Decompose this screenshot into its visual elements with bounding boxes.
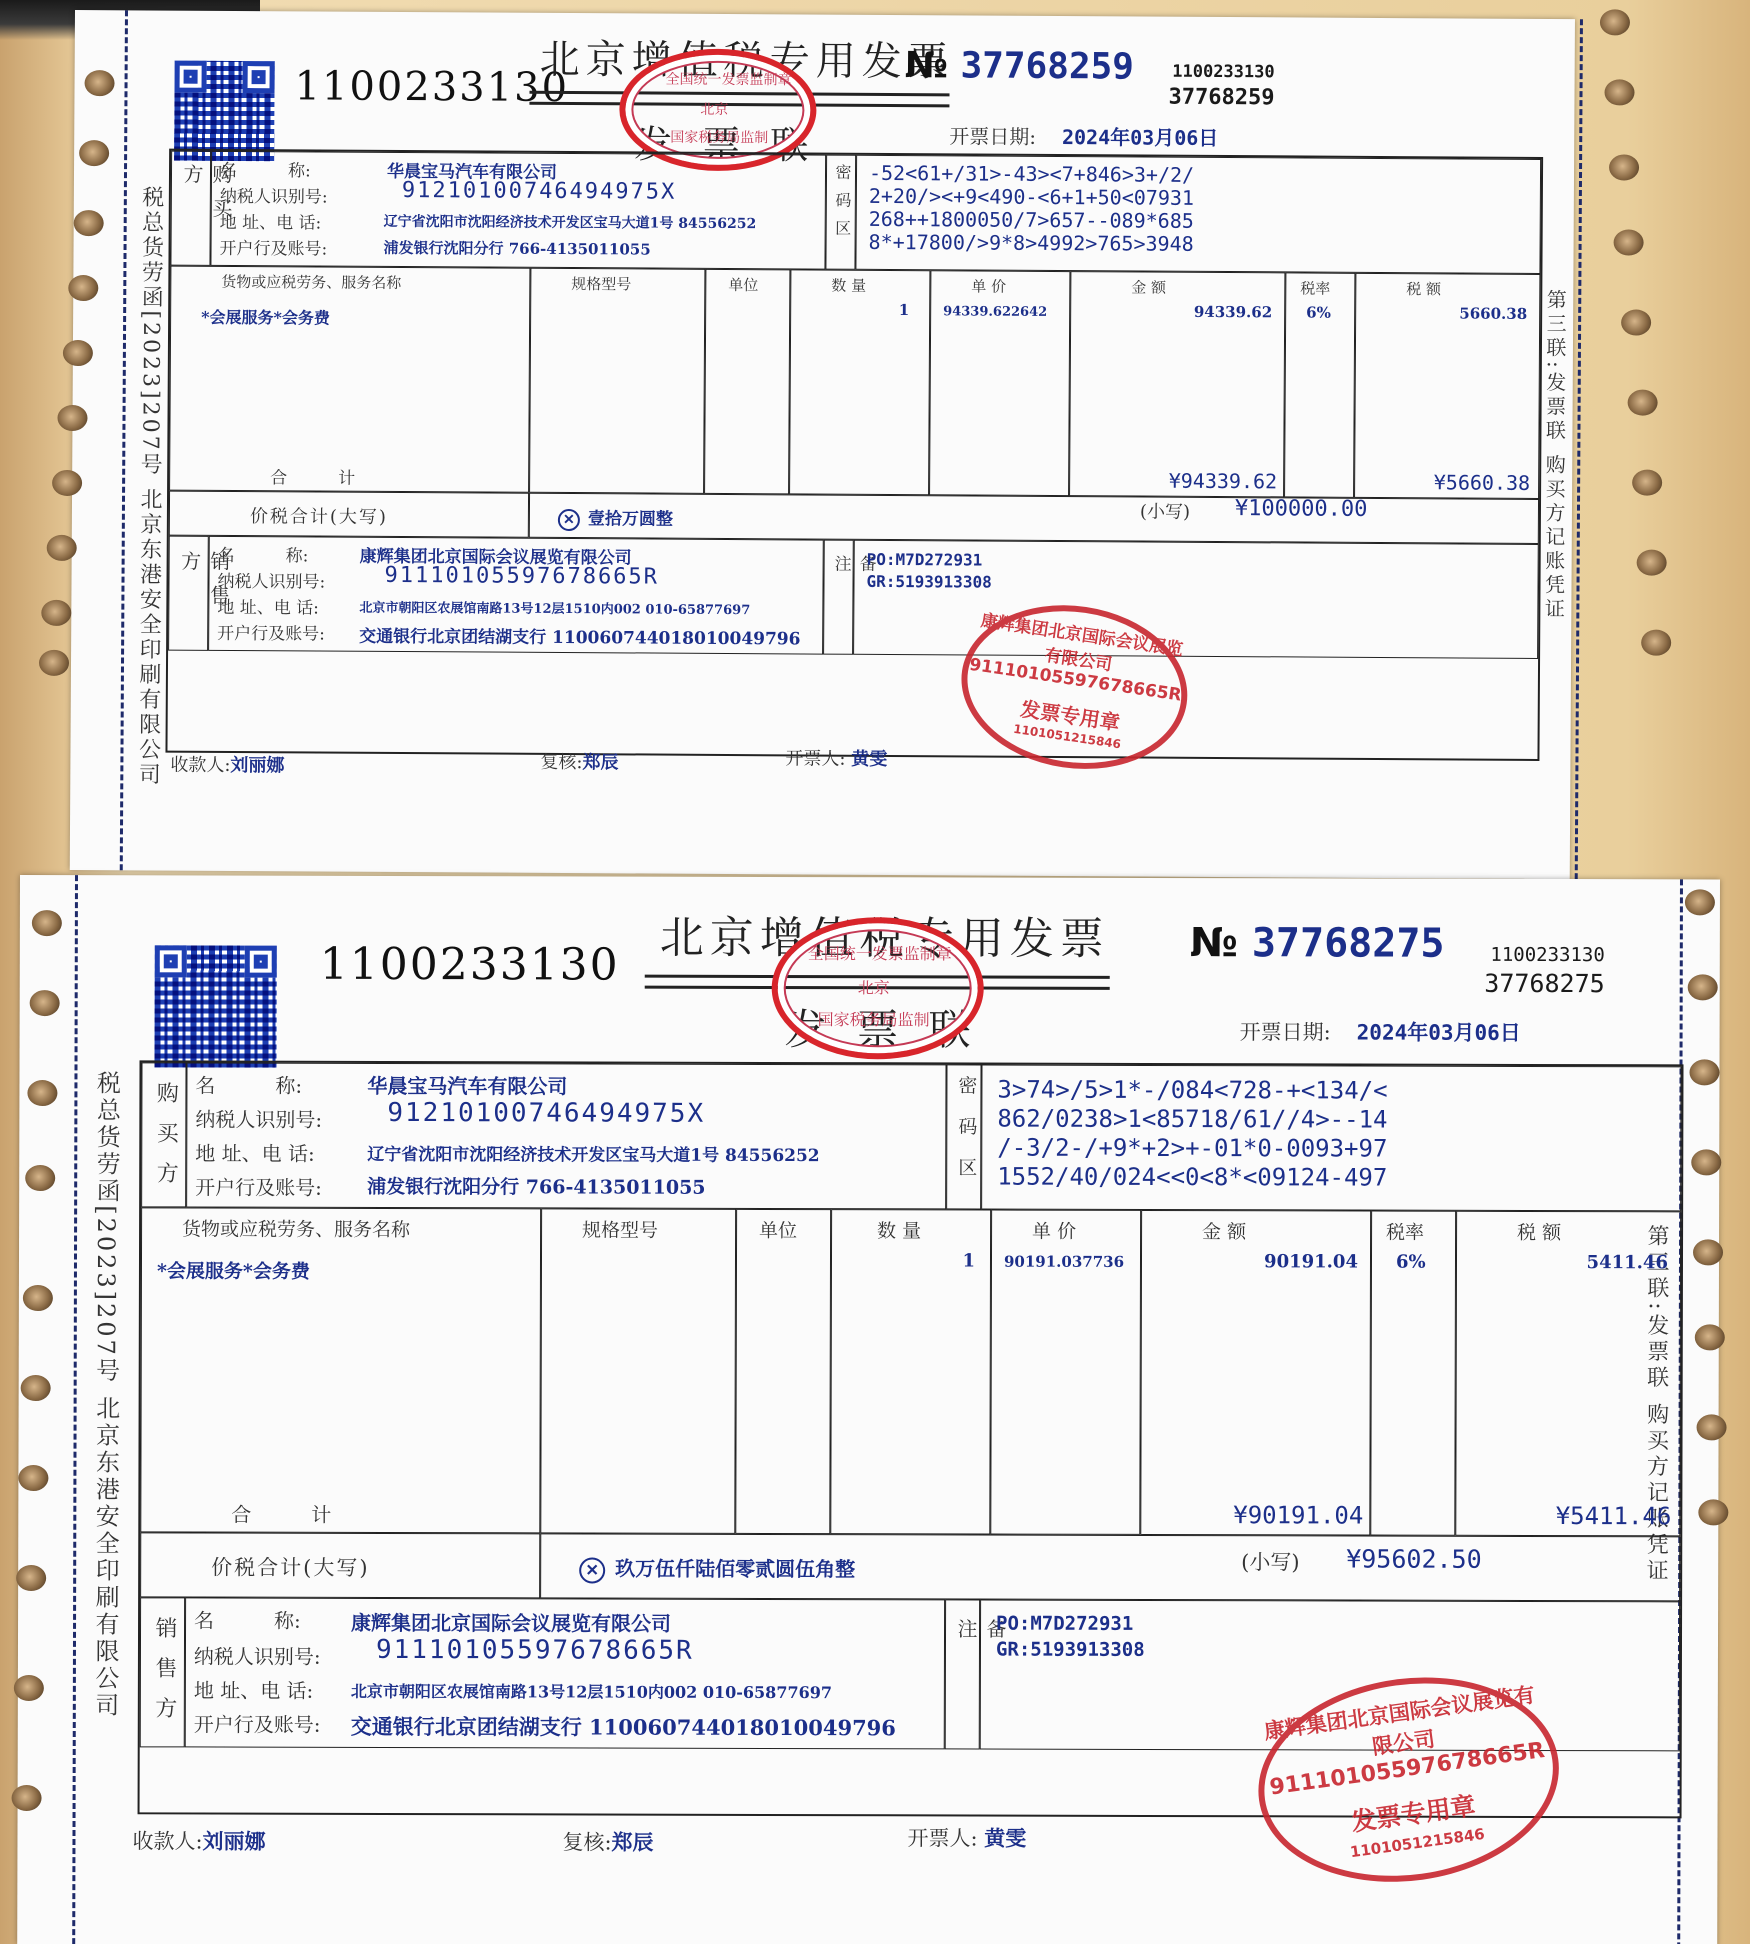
tractor-hole [30,990,60,1016]
tractor-hole [32,910,62,936]
tractor-hole [41,600,71,626]
payee: 收款人:刘丽娜 [132,1825,265,1855]
remarks-area: PO:M7D272931 GR:5193913308 [853,540,1539,659]
item-amount: 94339.62 [1194,303,1272,321]
invoice-grid: 购买方 名 称: 华晨宝马汽车有限公司 纳税人识别号: 912101007464… [165,149,1543,761]
cipher-label: 密码区 [825,155,856,270]
col-unit-price: 单 价 94339.622642 [929,270,1070,496]
buyer-name: 华晨宝马汽车有限公司 [367,1070,567,1100]
remarks-text: PO:M7D272931 GR:5193913308 [866,549,992,594]
tractor-hole [1698,1499,1728,1525]
tractor-hole [1641,630,1671,656]
tractor-hole [1609,154,1639,180]
tractor-hole [68,275,98,301]
item-qty: 1 [899,301,910,319]
invoice-code: 1100233130 [320,939,620,991]
invoice-sheet-2: 税总货劳函[2023]207号 北京东港安全印刷有限公司 第三联:发票联 购买方… [17,875,1720,1944]
tractor-hole [39,650,69,676]
seller-name: 康辉集团北京国际会议展览有限公司 [351,1607,671,1637]
reviewer: 复核:郑辰 [540,748,618,774]
col-qty: 数 量 1 [830,1209,991,1534]
tractor-hole [1693,1239,1723,1265]
tractor-hole [1628,389,1658,415]
tractor-hole [1604,79,1634,105]
seller-info: 名 称: 康辉集团北京国际会议展览有限公司 纳税人识别号: 9111010559… [208,536,824,655]
seller-bank: 交通银行北京团结湖支行 110060744018010049796 [351,1711,896,1742]
item-name: *会展服务*会务费 [157,1256,310,1283]
crossed-circle-icon: ✕ [579,1557,605,1583]
item-unit-price: 94339.622642 [943,304,1047,320]
tractor-hole [1637,550,1667,576]
issuer: 开票人: 黄雯 [907,1822,1026,1852]
grand-total-amount: ¥95602.50 [1346,1544,1482,1573]
qr-code [174,61,275,162]
grand-total-words: ✕壹拾万圆整 [558,504,673,532]
tractor-hole [1691,1149,1721,1175]
invoice-code: 1100233130 [294,63,569,111]
cipher-lines: -52<61+/31>-43><7+846>3+/2/ 2+20/><+9<49… [869,162,1195,256]
buyer-section: 购买方 [141,1062,186,1207]
item-unit-price: 90191.037736 [1004,1253,1124,1271]
tractor-hole [1685,889,1715,915]
item-tax: 5660.38 [1459,304,1527,322]
col-spec: 规格型号 [529,268,705,494]
col-tax: 税 额 5660.38 ¥5660.38 [1354,273,1540,499]
tractor-hole [18,1465,48,1491]
buyer-tax-id: 91210100746494975X [387,1098,705,1129]
item-name: *会展服务*会务费 [201,305,330,329]
col-rate: 税率 6% [1370,1211,1456,1536]
total-tax: ¥5411.46 [1556,1502,1672,1530]
printer-margin-text: 税总货劳函[2023]207号 北京东港安全印刷有限公司 [132,185,167,787]
seller-tax-id: 91110105597678665R [384,563,659,590]
col-rate: 税率 6% [1284,272,1355,497]
total-amount: ¥90191.04 [1233,1501,1363,1529]
buyer-info: 名 称: 华晨宝马汽车有限公司 纳税人识别号: 9121010074649497… [210,151,826,270]
remarks-label: 备注 [823,540,854,655]
item-amount: 90191.04 [1264,1251,1358,1272]
col-name: 货物或应税劳务、服务名称 *会展服务*会务费 合 计 [169,266,530,493]
col-qty: 数 量 1 [789,269,930,495]
perforation-right [1575,19,1583,879]
corner-code: 1100233130 [1420,944,1605,966]
invoice-number: № 37768275 [1190,920,1445,967]
tractor-hole [1600,9,1630,35]
grand-total-label-cell: 价税合计(大写) [169,491,529,538]
grand-total-label-cell: 价税合计(大写) [140,1532,540,1598]
tractor-hole [25,1165,55,1191]
tractor-hole [47,535,77,561]
seller-info: 名 称: 康辉集团北京国际会议展览有限公司 纳税人识别号: 9111010559… [185,1597,945,1749]
col-name: 货物或应税劳务、服务名称 *会展服务*会务费 合 计 [140,1207,541,1533]
seller-section: 销售方 [140,1597,185,1747]
tractor-hole [1688,974,1718,1000]
tractor-hole [1632,470,1662,496]
reviewer: 复核:郑辰 [562,1826,653,1856]
cipher-area: 3>74>/5>1*-/084<728-+<134/< 862/0238>1<8… [981,1065,1681,1212]
invoice-sheet-1: 税总货劳函[2023]207号 北京东港安全印刷有限公司 第三联:发票联 购买方… [70,10,1575,879]
issue-date: 开票日期:2024年03月06日 [949,120,1218,151]
issue-date: 开票日期:2024年03月06日 [1240,1016,1521,1047]
item-rate: 6% [1306,304,1331,322]
seller-bank: 交通银行北京团结湖支行 110060744018010049796 [359,622,800,650]
col-amount: 金 额 94339.62 ¥94339.62 [1069,271,1285,497]
grand-total-cell: ✕壹拾万圆整 (小写) ¥100000.00 [529,493,1539,544]
seller-address: 北京市朝阳区农展馆南路13号12层1510内002 010-65877697 [351,1679,832,1703]
grand-total-amount: ¥100000.00 [1235,496,1368,522]
buyer-address: 辽宁省沈阳市沈阳经济技术开发区宝马大道1号 84556252 [384,211,757,233]
qr-code [154,945,276,1067]
col-amount: 金 额 90191.04 ¥90191.04 [1140,1210,1371,1536]
printer-margin-text: 税总货劳函[2023]207号 北京东港安全印刷有限公司 [88,1070,125,1719]
payee: 收款人:刘丽娜 [170,751,284,778]
grand-total-words: ✕玖万伍仟陆佰零贰圆伍角整 [579,1552,855,1584]
supervision-stamp: 全国统一发票监制章 北京 国家税务局监制 [772,917,984,1060]
col-unit: 单位 [704,269,790,495]
buyer-tax-id: 91210100746494975X [402,178,677,205]
buyer-address: 辽宁省沈阳市沈阳经济技术开发区宝马大道1号 84556252 [367,1140,819,1166]
remarks-label: 备注 [945,1599,980,1749]
copy-margin-text: 第三联:发票联 购买方记账凭证 [1539,289,1570,622]
total-amount: ¥94339.62 [1169,469,1278,494]
tractor-hole [23,1285,53,1311]
crossed-circle-icon: ✕ [558,509,580,531]
seller-section: 销售方 [168,536,209,651]
tractor-hole [63,340,93,366]
tractor-hole [1695,1324,1725,1350]
seller-address: 北京市朝阳区农展馆南路13号12层1510内002 010-65877697 [359,597,750,618]
total-label: 合 计 [270,463,355,489]
col-unit: 单位 [735,1209,831,1534]
tractor-hole [21,1375,51,1401]
item-qty: 1 [962,1250,975,1271]
tractor-hole [16,1565,46,1591]
col-tax: 税 额 5411.46 ¥5411.46 [1455,1211,1681,1537]
cipher-area: -52<61+/31>-43><7+846>3+/2/ 2+20/><+9<49… [855,155,1541,274]
perforation-left [120,10,128,870]
corner-code: 1100233130 [1095,61,1275,82]
buyer-info: 名 称: 华晨宝马汽车有限公司 纳税人识别号: 9121010074649497… [186,1062,946,1209]
total-label: 合 计 [231,1499,331,1528]
perforation-left [72,875,78,1944]
col-spec: 规格型号 [540,1208,736,1534]
corner-number: 37768259 [1094,84,1274,110]
tractor-hole [79,140,109,166]
tractor-hole [74,210,104,236]
seller-tax-id: 91110105597678665R [376,1635,694,1666]
total-tax: ¥5660.38 [1434,470,1530,495]
tractor-hole [1621,309,1651,335]
cipher-lines: 3>74>/5>1*-/084<728-+<134/< 862/0238>1<8… [997,1076,1387,1193]
item-rate: 6% [1396,1252,1426,1273]
tractor-hole [12,1785,42,1811]
buyer-section: 购买方 [170,151,211,266]
item-tax: 5411.46 [1587,1252,1668,1273]
corner-number: 37768275 [1420,969,1605,998]
tractor-hole [84,70,114,96]
tractor-hole [57,405,87,431]
remarks-text: PO:M7D272931 GR:5193913308 [996,1611,1145,1663]
tractor-hole [1689,1059,1719,1085]
tractor-hole [1697,1414,1727,1440]
col-unit-price: 单 价 90191.037736 [990,1210,1141,1535]
tractor-hole [14,1675,44,1701]
issuer: 开票人: 黄雯 [785,744,887,771]
tractor-hole [1614,229,1644,255]
grand-total-cell: ✕玖万伍仟陆佰零贰圆伍角整 (小写) ¥95602.50 [540,1533,1680,1601]
buyer-bank: 浦发银行沈阳分行 766-4135011055 [383,237,650,260]
tractor-hole [27,1080,57,1106]
cipher-label: 密码区 [946,1064,981,1209]
tractor-hole [52,470,82,496]
buyer-bank: 浦发银行沈阳分行 766-4135011055 [367,1172,705,1200]
